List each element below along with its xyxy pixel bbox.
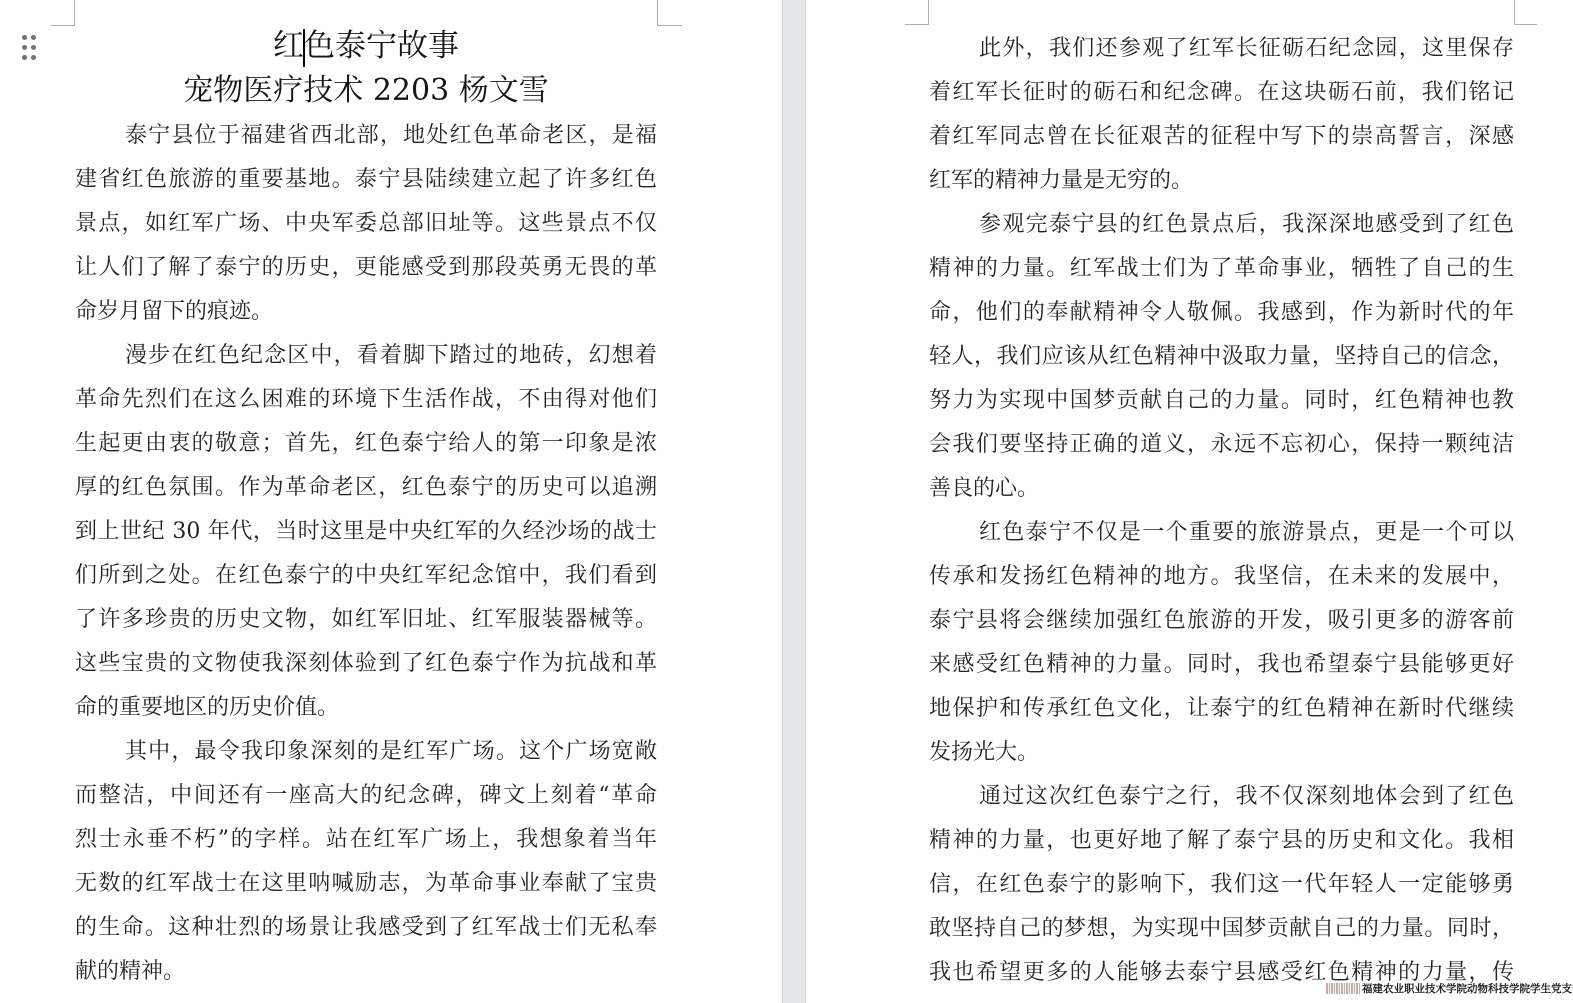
text-line[interactable]: 的生命。这种壮烈的场景让我感受到了红军战士们无私奉 bbox=[75, 906, 657, 950]
text-line[interactable]: 这些宝贵的文物使我深刻体验到了红色泰宁作为抗战和革 bbox=[75, 642, 657, 686]
document-editor-canvas: 红色泰宁故事 宠物医疗技术 2203 杨文雪 泰宁县位于福建省西北部，地处红色革… bbox=[0, 0, 1573, 1003]
text-line[interactable]: 红色泰宁不仅是一个重要的旅游景点，更是一个可以 bbox=[929, 511, 1514, 555]
text-line[interactable]: 了许多珍贵的历史文物，如红军旧址、红军服装器械等。 bbox=[75, 598, 657, 642]
text-line[interactable]: 们所到之处。在红色泰宁的中央红军纪念馆中，我们看到 bbox=[75, 554, 657, 598]
text-line[interactable]: 命，他们的奉献精神令人敬佩。我感到，作为新时代的年 bbox=[929, 291, 1514, 335]
document-subtitle[interactable]: 宠物医疗技术 2203 杨文雪 bbox=[75, 69, 657, 113]
text-line[interactable]: 会我们要坚持正确的道义，永远不忘初心，保持一颗纯洁 bbox=[929, 423, 1514, 467]
text-line[interactable]: 泰宁县位于福建省西北部，地处红色革命老区，是福 bbox=[75, 114, 657, 158]
text-line[interactable]: 来感受红色精神的力量。同时，我也希望泰宁县能够更好 bbox=[929, 643, 1514, 687]
text-line[interactable]: 此外，我们还参观了红军长征砺石纪念园，这里保存 bbox=[929, 27, 1514, 71]
text-line[interactable]: 我也希望更多的人能够去泰宁县感受红色精神的力量，传 bbox=[929, 951, 1514, 995]
text-line[interactable]: 发扬光大。 bbox=[929, 731, 1514, 775]
margin-corner-mark bbox=[657, 0, 682, 26]
text-line[interactable]: 献的精神。 bbox=[75, 950, 657, 994]
text-line[interactable]: 着红军同志曾在长征艰苦的征程中写下的崇高誓言，深感 bbox=[929, 115, 1514, 159]
text-line[interactable]: 漫步在红色纪念区中，看着脚下踏过的地砖，幻想着 bbox=[75, 334, 657, 378]
page-2[interactable]: 此外，我们还参观了红军长征砺石纪念园，这里保存着红军长征时的砺石和纪念碑。在这块… bbox=[806, 0, 1573, 1003]
text-line[interactable]: 精神的力量。红军战士们为了革命事业，牺牲了自己的生 bbox=[929, 247, 1514, 291]
text-line[interactable]: 努力为实现中国梦贡献自己的力量。同时，红色精神也教 bbox=[929, 379, 1514, 423]
document-title[interactable]: 红色泰宁故事 bbox=[75, 24, 657, 68]
paragraph-drag-handle-icon[interactable] bbox=[22, 35, 36, 60]
text-line[interactable]: 命的重要地区的历史价值。 bbox=[75, 686, 657, 730]
text-line[interactable]: 轻人，我们应该从红色精神中汲取力量，坚持自己的信念， bbox=[929, 335, 1514, 379]
page-2-text[interactable]: 此外，我们还参观了红军长征砺石纪念园，这里保存着红军长征时的砺石和纪念碑。在这块… bbox=[929, 27, 1514, 995]
text-line[interactable]: 参观完泰宁县的红色景点后，我深深地感受到了红色 bbox=[929, 203, 1514, 247]
page-gap bbox=[782, 0, 806, 1003]
text-line[interactable]: 烈士永垂不朽”的字样。站在红军广场上，我想象着当年 bbox=[75, 818, 657, 862]
text-line[interactable]: 善良的心。 bbox=[929, 467, 1514, 511]
text-line[interactable]: 通过这次红色泰宁之行，我不仅深刻地体会到了红色 bbox=[929, 775, 1514, 819]
text-line[interactable]: 红军的精神力量是无穷的。 bbox=[929, 159, 1514, 203]
text-line[interactable]: 厚的红色氛围。作为革命老区，红色泰宁的历史可以追溯 bbox=[75, 466, 657, 510]
text-line[interactable]: 泰宁县将会继续加强红色旅游的开发，吸引更多的游客前 bbox=[929, 599, 1514, 643]
margin-corner-mark bbox=[1514, 0, 1537, 25]
text-line[interactable]: 传承和发扬红色精神的地方。我坚信，在未来的发展中， bbox=[929, 555, 1514, 599]
text-line[interactable]: 着红军长征时的砺石和纪念碑。在这块砺石前，我们铭记 bbox=[929, 71, 1514, 115]
page-1-text[interactable]: 泰宁县位于福建省西北部，地处红色革命老区，是福建省红色旅游的重要基地。泰宁县陆续… bbox=[75, 114, 657, 994]
text-line[interactable]: 地保护和传承红色文化，让泰宁的红色精神在新时代继续 bbox=[929, 687, 1514, 731]
text-line[interactable]: 让人们了解了泰宁的历史，更能感受到那段英勇无畏的革 bbox=[75, 246, 657, 290]
text-line[interactable]: 到上世纪 30 年代，当时这里是中央红军的久经沙场的战士 bbox=[75, 510, 657, 554]
text-line[interactable]: 建省红色旅游的重要基地。泰宁县陆续建立起了许多红色 bbox=[75, 158, 657, 202]
margin-corner-mark bbox=[905, 0, 929, 25]
text-line[interactable]: 景点，如红军广场、中央军委总部旧址等。这些景点不仅 bbox=[75, 202, 657, 246]
text-line[interactable]: 敢坚持自己的梦想，为实现中国梦贡献自己的力量。同时， bbox=[929, 907, 1514, 951]
text-line[interactable]: 生起更由衷的敬意；首先，红色泰宁给人的第一印象是浓 bbox=[75, 422, 657, 466]
text-line[interactable]: 精神的力量，也更好地了解了泰宁县的历史和文化。我相 bbox=[929, 819, 1514, 863]
page-1[interactable]: 红色泰宁故事 宠物医疗技术 2203 杨文雪 泰宁县位于福建省西北部，地处红色革… bbox=[0, 0, 782, 1003]
text-line[interactable]: 命岁月留下的痕迹。 bbox=[75, 290, 657, 334]
margin-corner-mark bbox=[51, 0, 75, 26]
text-line[interactable]: 信，在红色泰宁的影响下，我们这一代年轻人一定能够勇 bbox=[929, 863, 1514, 907]
text-line[interactable]: 其中，最令我印象深刻的是红军广场。这个广场宽敞 bbox=[75, 730, 657, 774]
text-line[interactable]: 革命先烈们在这么困难的环境下生活作战，不由得对他们 bbox=[75, 378, 657, 422]
text-line[interactable]: 无数的红军战士在这里呐喊励志，为革命事业奉献了宝贵 bbox=[75, 862, 657, 906]
text-line[interactable]: 而整洁，中间还有一座高大的纪念碑，碑文上刻着“革命 bbox=[75, 774, 657, 818]
